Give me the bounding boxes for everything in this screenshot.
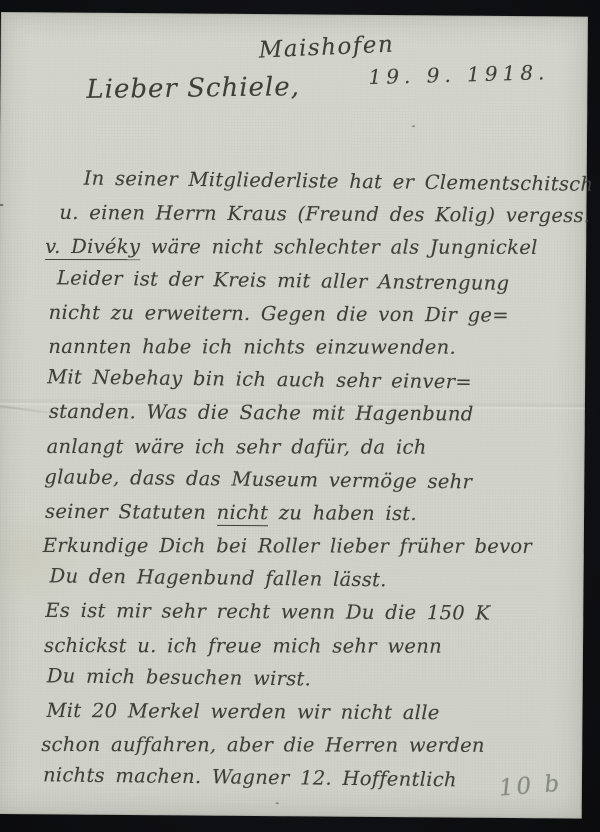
- letter-body: In seiner Mitgliederliste hat er Clement…: [35, 164, 581, 799]
- letter-line: nichts machen. Wagner 12. Hoffentlich: [43, 761, 576, 801]
- letter-page: Maishofen 19. 9. 1918. Lieber Schiele, I…: [0, 12, 588, 819]
- letter-line: Du mich besuchen wirst.: [47, 661, 577, 701]
- letter-line: In seiner Mitgliederliste hat er Clement…: [83, 164, 580, 203]
- letter-line: Du den Hagenbund fallen lässt.: [49, 561, 577, 601]
- letter-line: Erkundige Dich bei Roller lieber früher …: [43, 531, 578, 565]
- letter-line: Mit Nebehay bin ich auch sehr einver=: [47, 362, 579, 402]
- paper-speck: [276, 802, 279, 804]
- letter-line: schon auffahren, aber die Herren werden: [41, 730, 576, 764]
- letter-line: seiner Statuten nicht zu haben ist.: [45, 497, 578, 533]
- letter-line: Es ist mir sehr recht wenn Du die 150 K: [45, 596, 577, 632]
- letter-line: standen. Was die Sache mit Hagenbund: [49, 397, 579, 433]
- paper-speck: [0, 204, 3, 206]
- photographed-letter-scan: { "letter": { "place": "Maishofen", "dat…: [0, 0, 600, 832]
- letter-line: nannten habe ich nichts einzuwenden.: [48, 332, 579, 366]
- letter-line: glaube, dass das Museum vermöge sehr: [44, 462, 578, 502]
- letter-line: v. Divéky wäre nicht schlechter als Jung…: [45, 232, 580, 266]
- underlined-word: nicht: [217, 501, 269, 526]
- paper-speck: [412, 125, 415, 127]
- letter-date: 19. 9. 1918.: [368, 60, 549, 89]
- letter-line: u. einen Herrn Kraus (Freund des Kolig) …: [59, 198, 580, 234]
- letter-line: Leider ist der Kreis mit aller Anstrengu…: [57, 263, 580, 303]
- letter-line: schickst u. ich freue mich sehr wenn: [44, 631, 577, 665]
- underlined-word: v. Divéky: [45, 235, 140, 260]
- letter-line: nicht zu erweitern. Gegen die von Dir ge…: [49, 298, 580, 334]
- letter-salutation: Lieber Schiele,: [86, 72, 300, 105]
- letter-line: Mit 20 Merkel werden wir nicht alle: [46, 696, 576, 732]
- letter-place: Maishofen: [258, 32, 395, 64]
- archival-number: 10 b: [498, 771, 563, 802]
- letter-line: anlangt wäre ich sehr dafür, da ich: [47, 431, 579, 465]
